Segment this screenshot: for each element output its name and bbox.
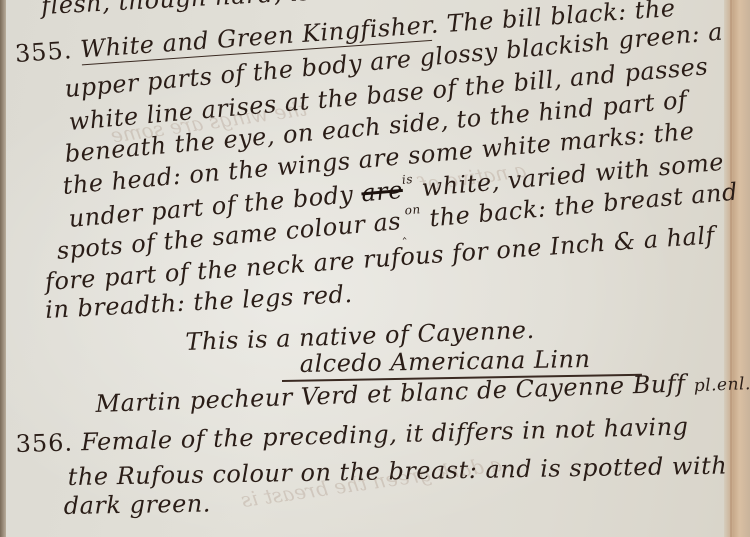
page-gutter-line bbox=[730, 0, 732, 537]
entry-356-heading: 356. Female of the preceding, it differs… bbox=[15, 412, 689, 458]
inserted-word: is bbox=[401, 172, 413, 187]
entry-number: 355. bbox=[14, 36, 73, 68]
french-name: Martin pecheur Verd et blanc de Cayenne … bbox=[95, 369, 686, 418]
page-left-edge bbox=[0, 0, 6, 537]
page-right-edge bbox=[724, 0, 750, 537]
inserted-word: on bbox=[404, 202, 421, 217]
text-line-15: dark green. bbox=[64, 489, 212, 520]
latin-name: alcedo Americana Linn bbox=[300, 345, 591, 378]
manuscript-page: the wings are some a native of a dark gr… bbox=[0, 0, 750, 537]
text-line-14: the Rufous colour on the breast: and is … bbox=[68, 451, 728, 491]
caret-mark: ‸ bbox=[401, 226, 407, 240]
entry-number: 356. bbox=[15, 429, 73, 458]
plate-reference: pl.enl.591 bbox=[693, 373, 750, 396]
text-segment: Female of the preceding, it differs in n… bbox=[81, 412, 689, 456]
text-line-0: flesh, though hard, is eat bbox=[41, 0, 360, 20]
struck-word: are bbox=[360, 176, 404, 208]
